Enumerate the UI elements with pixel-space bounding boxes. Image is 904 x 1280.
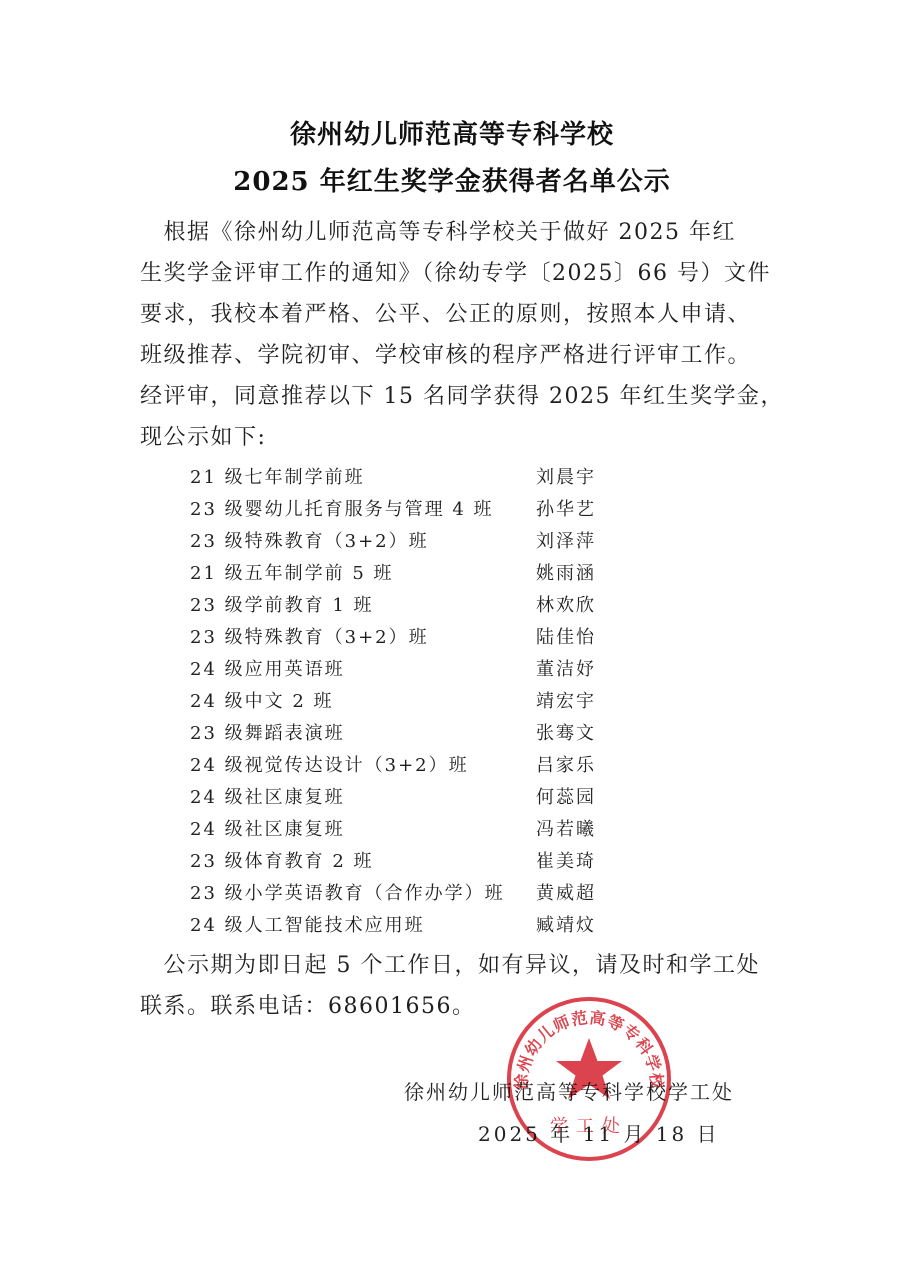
student-name: 吕家乐 <box>536 752 596 780</box>
intro-line: 要求，我校本着严格、公平、公正的原则，按照本人申请、 <box>140 301 770 329</box>
intro-line: 现公示如下: <box>140 424 770 452</box>
intro-line: 生奖学金评审工作的通知》（徐幼专学〔2025〕66 号）文件 <box>140 260 770 288</box>
star-icon <box>556 1038 622 1099</box>
intro-line: 经评审，同意推荐以下 15 名同学获得 2025 年红生奖学金， <box>140 383 770 411</box>
closing-line: 联系。联系电话：68601656。 <box>140 993 770 1021</box>
list-item: 23 级婴幼儿托育服务与管理 4 班 孙华艺 <box>190 496 610 524</box>
list-item: 24 级社区康复班 冯若曦 <box>190 816 610 844</box>
list-item: 24 级人工智能技术应用班 臧靖炆 <box>190 912 610 940</box>
notice-page: 徐州幼儿师范高等专科学校 2025 年红生奖学金获得者名单公示 根据《徐州幼儿师… <box>0 0 904 1280</box>
student-name: 刘泽萍 <box>536 528 596 556</box>
class-name: 23 级学前教育 1 班 <box>190 592 374 620</box>
closing-line: 公示期为即日起 5 个工作日，如有异议，请及时和学工处 <box>140 952 770 980</box>
list-item: 23 级小学英语教育（合作办学）班 黄威超 <box>190 880 610 908</box>
student-name: 靖宏宇 <box>536 688 596 716</box>
student-name: 张骞文 <box>536 720 596 748</box>
student-name: 林欢欣 <box>536 592 596 620</box>
student-name: 崔美琦 <box>536 848 596 876</box>
class-name: 21 级七年制学前班 <box>190 464 365 492</box>
student-name: 刘晨宇 <box>536 464 596 492</box>
class-name: 24 级社区康复班 <box>190 816 345 844</box>
intro-line: 根据《徐州幼儿师范高等专科学校关于做好 2025 年红 <box>140 219 770 247</box>
student-name: 孙华艺 <box>536 496 596 524</box>
class-name: 21 级五年制学前 5 班 <box>190 560 394 588</box>
class-name: 24 级中文 2 班 <box>190 688 334 716</box>
class-name: 24 级人工智能技术应用班 <box>190 912 425 940</box>
student-name: 陆佳怡 <box>536 624 596 652</box>
class-name: 24 级应用英语班 <box>190 656 345 684</box>
list-item: 21 级五年制学前 5 班 姚雨涵 <box>190 560 610 588</box>
class-name: 23 级婴幼儿托育服务与管理 4 班 <box>190 496 494 524</box>
intro-line: 班级推荐、学院初审、学校审核的程序严格进行评审工作。 <box>140 342 770 370</box>
student-name: 姚雨涵 <box>536 560 596 588</box>
student-name: 黄威超 <box>536 880 596 908</box>
student-name: 冯若曦 <box>536 816 596 844</box>
list-item: 24 级社区康复班 何蕊园 <box>190 784 610 812</box>
list-item: 21 级七年制学前班 刘晨宇 <box>190 464 610 492</box>
notice-title: 2025 年红生奖学金获得者名单公示 <box>0 161 904 198</box>
student-name: 何蕊园 <box>536 784 596 812</box>
student-name: 臧靖炆 <box>536 912 596 940</box>
class-name: 24 级社区康复班 <box>190 784 345 812</box>
class-name: 23 级特殊教育（3+2）班 <box>190 624 429 652</box>
list-item: 23 级舞蹈表演班 张骞文 <box>190 720 610 748</box>
list-item: 23 级学前教育 1 班 林欢欣 <box>190 592 610 620</box>
class-name: 23 级特殊教育（3+2）班 <box>190 528 429 556</box>
seal-inner-text: 学工处 <box>550 1116 628 1137</box>
list-item: 23 级特殊教育（3+2）班 陆佳怡 <box>190 624 610 652</box>
list-item: 24 级视觉传达设计（3+2）班 吕家乐 <box>190 752 610 780</box>
class-name: 23 级体育教育 2 班 <box>190 848 374 876</box>
school-title: 徐州幼儿师范高等专科学校 <box>0 114 904 151</box>
official-seal: 徐州幼儿师范高等专科学校 学工处 <box>504 994 674 1164</box>
class-name: 24 级视觉传达设计（3+2）班 <box>190 752 469 780</box>
list-item: 23 级体育教育 2 班 崔美琦 <box>190 848 610 876</box>
student-name: 董洁妤 <box>536 656 596 684</box>
class-name: 23 级舞蹈表演班 <box>190 720 345 748</box>
list-item: 24 级中文 2 班 靖宏宇 <box>190 688 610 716</box>
list-item: 23 级特殊教育（3+2）班 刘泽萍 <box>190 528 610 556</box>
class-name: 23 级小学英语教育（合作办学）班 <box>190 880 505 908</box>
list-item: 24 级应用英语班 董洁妤 <box>190 656 610 684</box>
